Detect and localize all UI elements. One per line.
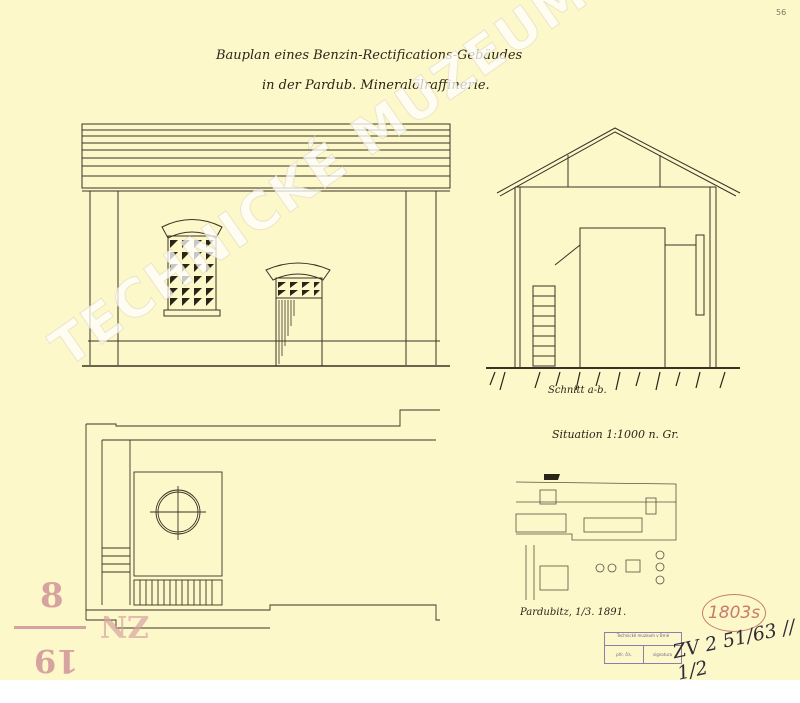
red-stamp-rule — [14, 626, 86, 629]
archive-stamp-title: Technické muzeum v Brně — [605, 633, 681, 646]
situation-label: Situation 1:1000 n. Gr. — [552, 428, 679, 441]
place-date: Pardubitz, 1/3. 1891. — [520, 607, 626, 618]
red-stamp-8: 8 — [40, 576, 64, 616]
red-stamp-zn: ZN — [100, 608, 149, 643]
red-stamp-19: 19 — [34, 642, 79, 680]
archive-stamp-left: přír. čís. — [605, 646, 644, 663]
archive-stamp: Technické muzeum v Brně přír. čís. signa… — [604, 632, 682, 664]
section-label: Schnitt a-b. — [548, 385, 607, 396]
